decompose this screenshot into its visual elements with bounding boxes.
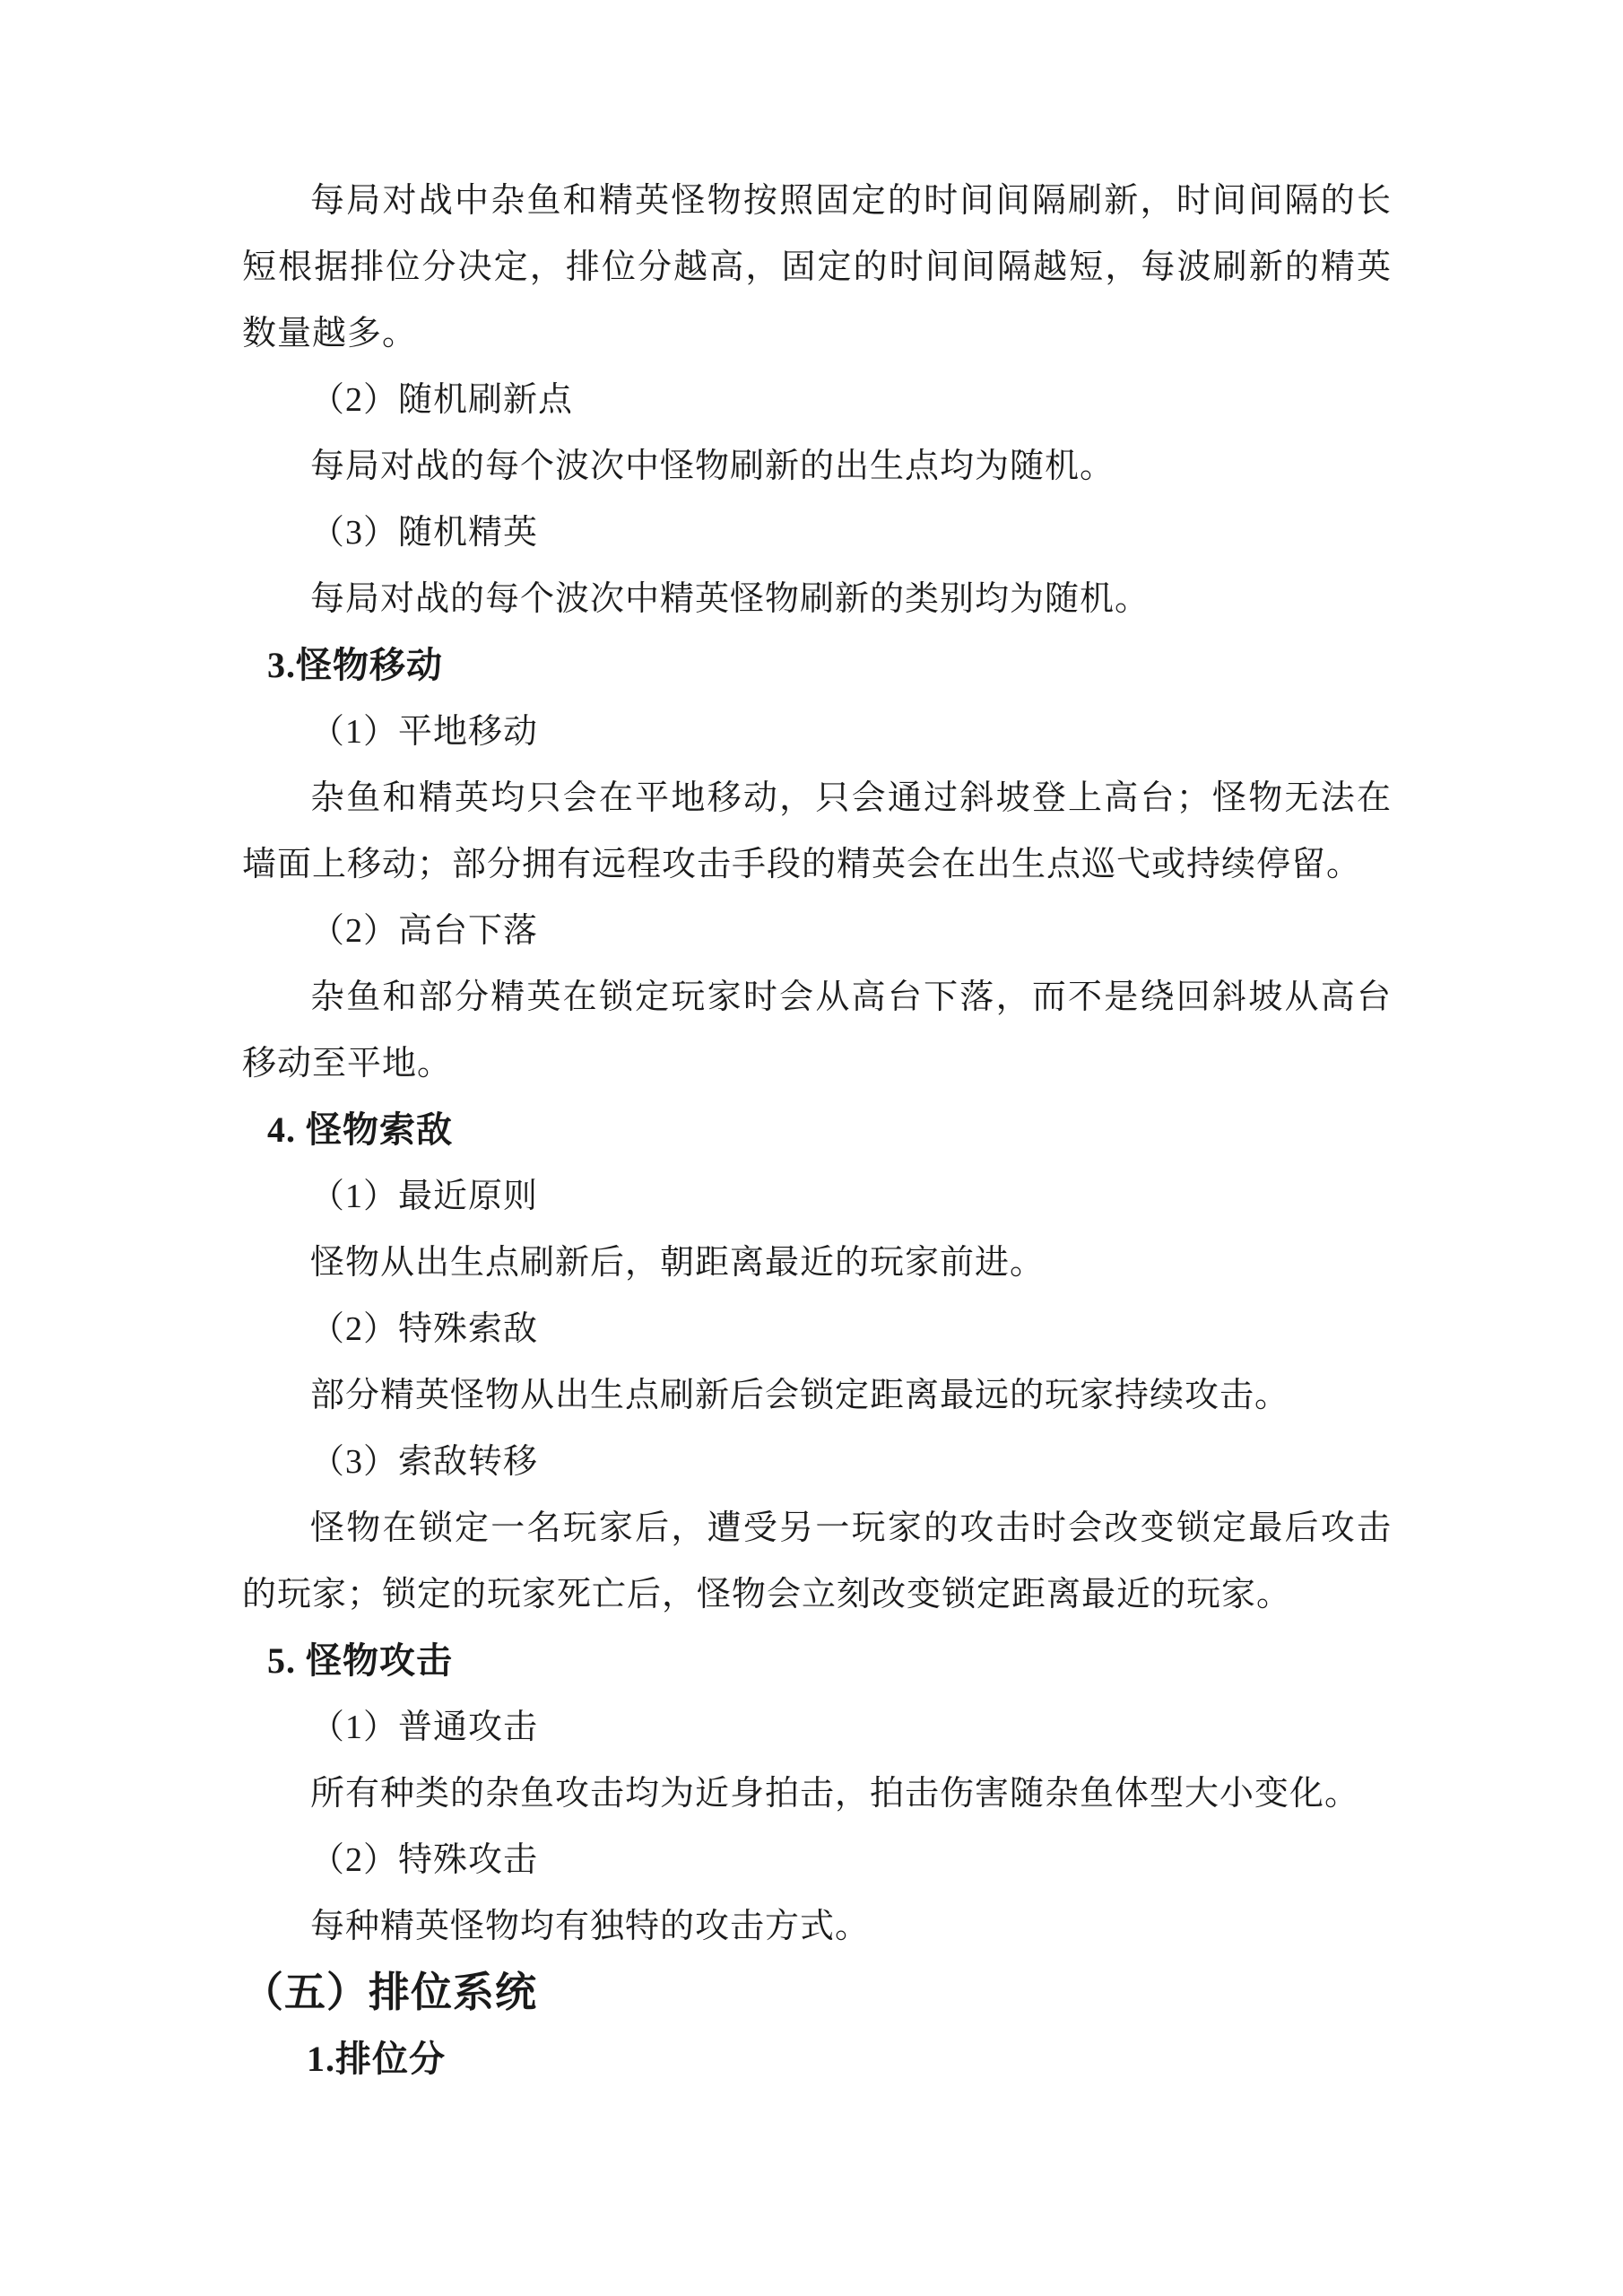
- list-item-heading: （2）特殊攻击: [242, 1827, 1392, 1893]
- list-item-heading: （2）高台下落: [242, 898, 1392, 964]
- list-item-heading: （2）随机刷新点: [242, 367, 1392, 433]
- section-heading: 4. 怪物索敌: [242, 1097, 1392, 1163]
- paragraph: 怪物在锁定一名玩家后，遭受另一玩家的攻击时会改变锁定最后攻击的玩家；锁定的玩家死…: [242, 1495, 1392, 1628]
- paragraph: 每局对战中杂鱼和精英怪物按照固定的时间间隔刷新，时间间隔的长短根据排位分决定，排…: [242, 168, 1392, 367]
- list-item-heading: （1）普通攻击: [242, 1694, 1392, 1761]
- section-heading: 5. 怪物攻击: [242, 1628, 1392, 1694]
- document-body: 每局对战中杂鱼和精英怪物按照固定的时间间隔刷新，时间间隔的长短根据排位分决定，排…: [242, 168, 1392, 2092]
- paragraph: 所有种类的杂鱼攻击均为近身拍击，拍击伤害随杂鱼体型大小变化。: [242, 1761, 1392, 1827]
- document-page: 每局对战中杂鱼和精英怪物按照固定的时间间隔刷新，时间间隔的长短根据排位分决定，排…: [0, 0, 1623, 2296]
- paragraph: 怪物从出生点刷新后，朝距离最近的玩家前进。: [242, 1230, 1392, 1296]
- list-item-heading: （2）特殊索敌: [242, 1296, 1392, 1362]
- list-item-heading: （3）索敌转移: [242, 1429, 1392, 1495]
- list-item-heading: （1）平地移动: [242, 699, 1392, 765]
- paragraph: 每局对战的每个波次中怪物刷新的出生点均为随机。: [242, 433, 1392, 500]
- list-item-heading: （3）随机精英: [242, 500, 1392, 566]
- paragraph: 每种精英怪物均有独特的攻击方式。: [242, 1893, 1392, 1960]
- section-heading: 1.排位分: [242, 2026, 1392, 2092]
- chapter-heading: （五）排位系统: [242, 1960, 1392, 2026]
- paragraph: 杂鱼和精英均只会在平地移动，只会通过斜坡登上高台；怪物无法在墙面上移动；部分拥有…: [242, 765, 1392, 898]
- section-heading: 3.怪物移动: [242, 632, 1392, 699]
- paragraph: 杂鱼和部分精英在锁定玩家时会从高台下落，而不是绕回斜坡从高台移动至平地。: [242, 964, 1392, 1097]
- paragraph: 每局对战的每个波次中精英怪物刷新的类别均为随机。: [242, 566, 1392, 632]
- list-item-heading: （1）最近原则: [242, 1163, 1392, 1230]
- paragraph: 部分精英怪物从出生点刷新后会锁定距离最远的玩家持续攻击。: [242, 1362, 1392, 1429]
